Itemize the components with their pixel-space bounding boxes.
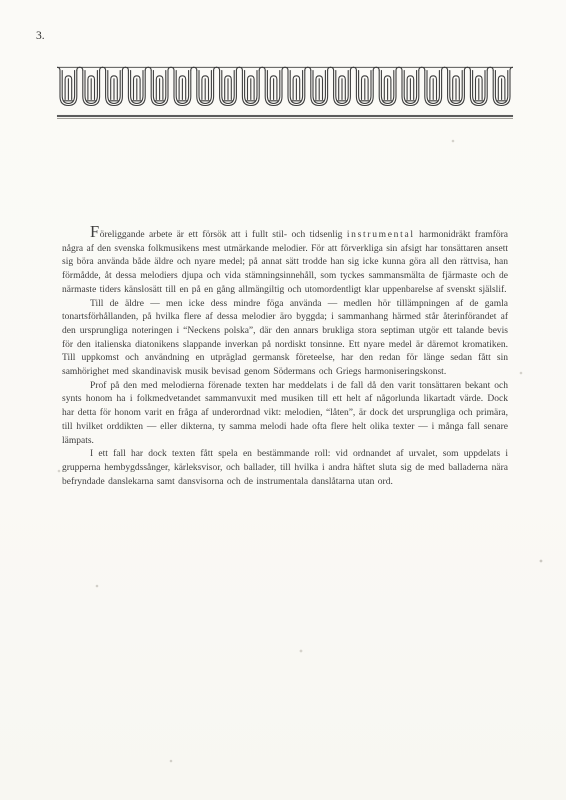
paragraph-4: I ett fall har dock texten fått spela en… <box>62 448 508 489</box>
page-number: 3. <box>36 30 45 42</box>
paragraph-2: Till de äldre — men icke dess mindre fög… <box>62 298 508 380</box>
book-page: 3. <box>0 0 566 800</box>
body-text: Föreliggande arbete är ett försök att i … <box>62 229 508 489</box>
initial-letter: F <box>90 222 100 241</box>
paragraph-1-text-start: öreliggande arbete är ett försök att i f… <box>100 230 343 240</box>
horizontal-rule-thin <box>57 118 513 119</box>
paragraph-3: Prof på den med melodierna förenade text… <box>62 380 508 449</box>
ornamental-frieze <box>57 66 513 119</box>
scan-noise-specks <box>0 0 2 2</box>
paragraph-1: Föreliggande arbete är ett försök att i … <box>62 229 508 298</box>
horizontal-rule-thick <box>57 115 513 117</box>
frieze-pattern-graphic <box>57 66 513 110</box>
emphasized-word: instrumental <box>347 230 415 240</box>
